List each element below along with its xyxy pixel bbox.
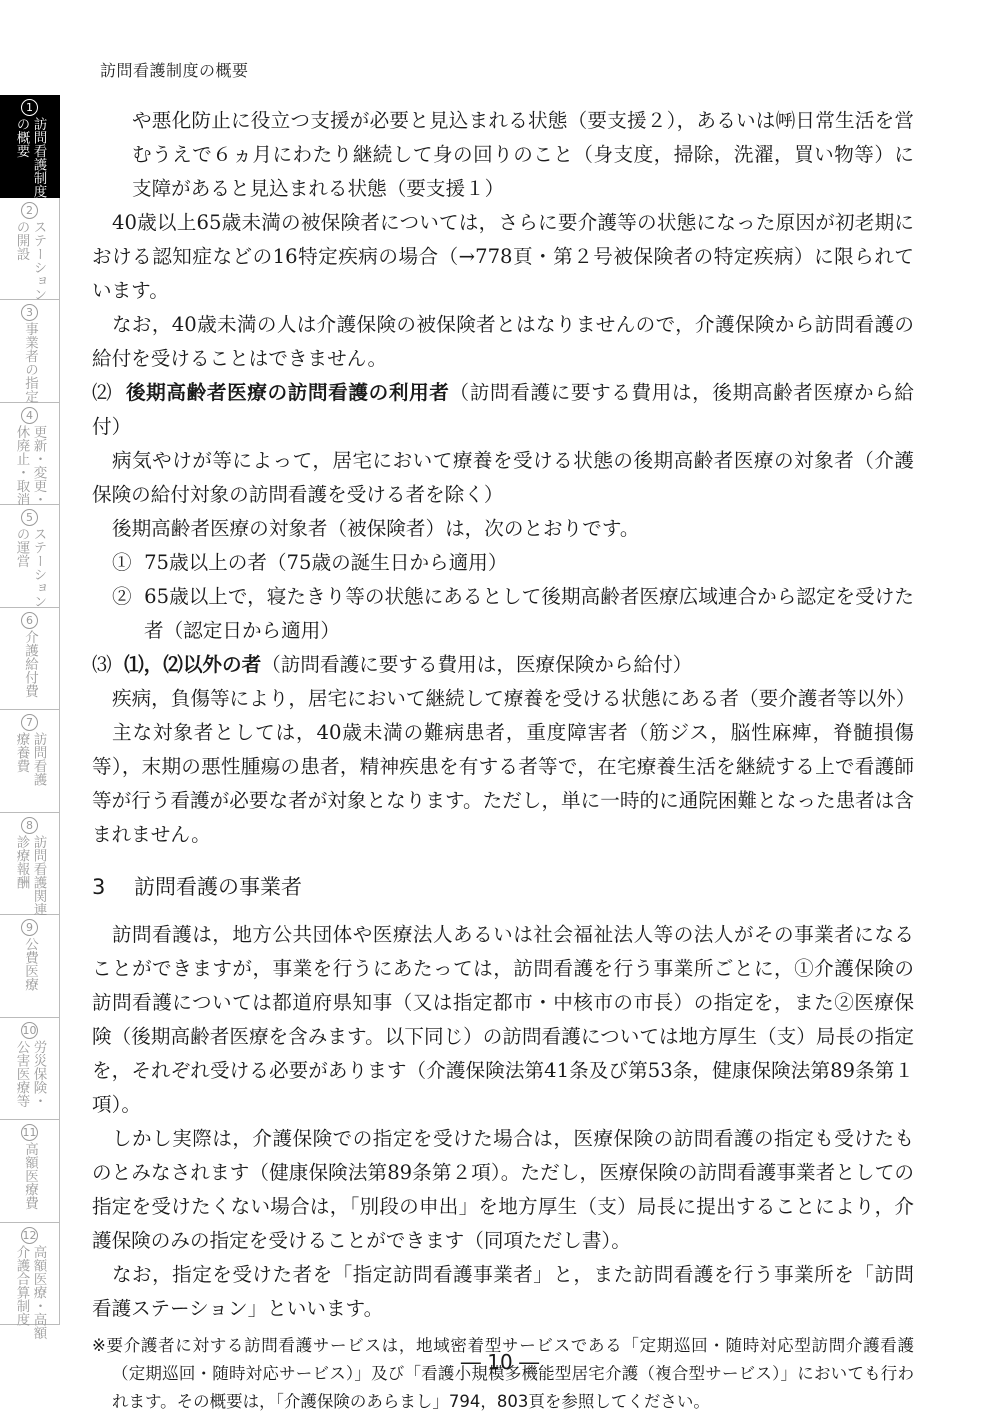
- subsection-title: ⑴，⑵以外の者: [124, 653, 261, 676]
- chapter-label: の開設: [14, 220, 29, 301]
- chapter-number: 12: [21, 1227, 38, 1244]
- chapter-label: 診療報酬: [14, 835, 29, 916]
- chapter-tab-7[interactable]: 7 訪問看護療養費: [0, 710, 60, 813]
- chapter-label: 高額医療・高額: [31, 1245, 46, 1340]
- list-marker: ②: [112, 585, 132, 608]
- chapter-label: 訪問看護関連: [31, 835, 46, 916]
- chapter-tab-5[interactable]: 5 ステーションの運営: [0, 505, 60, 608]
- chapter-tab-1[interactable]: 1 訪問看護制度の概要: [0, 95, 60, 198]
- paragraph: や悪化防止に役立つ支援が必要と見込まれる状態（要支援２），あるいは㈺日常生活を営…: [92, 104, 914, 206]
- list-text: 75歳以上の者（75歳の誕生日から適用）: [144, 551, 507, 574]
- chapter-tab-9[interactable]: 9 公費医療: [0, 915, 60, 1018]
- chapter-tab-6[interactable]: 6 介護給付費: [0, 608, 60, 711]
- chapter-tab-4[interactable]: 4 更新・変更・休廃止・取消し: [0, 403, 60, 506]
- chapter-number: 2: [21, 202, 38, 219]
- subsection-note: （訪問看護に要する費用は，医療保険から給付）: [261, 653, 692, 676]
- chapter-number: 4: [21, 407, 38, 424]
- paragraph: しかし実際は，介護保険での指定を受けた場合は，医療保険の訪問看護の指定も受けたも…: [92, 1122, 914, 1258]
- chapter-number: 1: [21, 99, 38, 116]
- page-number: ― 10 ―: [0, 1350, 1000, 1374]
- list-text: 65歳以上で，寝たきり等の状態にあるとして後期高齢者医療広域連合から認定を受けた…: [144, 585, 914, 642]
- chapter-label: 労災保険・: [31, 1040, 46, 1108]
- paragraph: 40歳以上65歳未満の被保険者については，さらに要介護等の状態になった原因が初老…: [92, 206, 914, 308]
- chapter-label: 療養費: [14, 732, 29, 786]
- chapter-tab-11[interactable]: 11 高額医療費: [0, 1120, 60, 1223]
- chapter-label: ステーション: [31, 220, 46, 301]
- paragraph: 病気やけが等によって，居宅において療養を受ける状態の後期高齢者医療の対象者（介護…: [92, 444, 914, 512]
- chapter-number: 7: [21, 714, 38, 731]
- paragraph: 訪問看護は，地方公共団体や医療法人あるいは社会福祉法人等の法人がその事業者になる…: [92, 918, 914, 1122]
- paragraph: 主な対象者としては，40歳未満の難病患者，重度障害者（筋ジス，脳性麻痺，脊髄損傷…: [92, 716, 914, 852]
- paragraph: 疾病，負傷等により，居宅において継続して療養を受ける状態にある者（要介護者等以外…: [92, 682, 914, 716]
- section-title: 訪問看護の事業者: [134, 875, 302, 899]
- subsection-heading-3: ⑶ ⑴，⑵以外の者（訪問看護に要する費用は，医療保険から給付）: [92, 648, 914, 682]
- chapter-label: の概要: [14, 117, 29, 198]
- section-number: 3: [92, 870, 134, 904]
- paragraph: なお，40歳未満の人は介護保険の被保険者とはなりませんので，介護保険から訪問看護…: [92, 308, 914, 376]
- subsection-heading-2: ⑵ 後期高齢者医療の訪問看護の利用者（訪問看護に要する費用は，後期高齢者医療から…: [92, 376, 914, 444]
- chapter-label: 介護給付費: [22, 630, 37, 698]
- chapter-number: 8: [21, 817, 38, 834]
- chapter-label: の運営: [14, 527, 29, 608]
- chapter-number: 3: [21, 304, 38, 321]
- paragraph: なお，指定を受けた者を「指定訪問看護事業者」と，また訪問看護を行う事業所を「訪問…: [92, 1258, 914, 1326]
- list-marker: ①: [112, 551, 132, 574]
- section-heading: 3訪問看護の事業者: [92, 870, 914, 904]
- chapter-index-sidebar: 1 訪問看護制度の概要 2 ステーションの開設 3 事業者の指定 4 更新・変更…: [0, 95, 60, 1325]
- chapter-number: 11: [21, 1124, 38, 1141]
- chapter-label: 介護合算制度: [14, 1245, 29, 1340]
- list-item: ② 65歳以上で，寝たきり等の状態にあるとして後期高齢者医療広域連合から認定を受…: [92, 580, 914, 648]
- list-item: ① 75歳以上の者（75歳の誕生日から適用）: [92, 546, 914, 580]
- chapter-tab-3[interactable]: 3 事業者の指定: [0, 300, 60, 403]
- page-body: や悪化防止に役立つ支援が必要と見込まれる状態（要支援２），あるいは㈺日常生活を営…: [92, 104, 914, 1412]
- paragraph: 後期高齢者医療の対象者（被保険者）は，次のとおりです。: [92, 512, 914, 546]
- chapter-number: 6: [21, 612, 38, 629]
- chapter-label: ステーション: [31, 527, 46, 608]
- chapter-label: 事業者の指定: [22, 322, 37, 403]
- chapter-label: 訪問看護制度: [31, 117, 46, 198]
- subsection-title: 後期高齢者医療の訪問看護の利用者: [126, 381, 450, 404]
- chapter-label: 訪問看護: [31, 732, 46, 786]
- chapter-number: 10: [21, 1022, 38, 1039]
- chapter-number: 9: [21, 919, 38, 936]
- chapter-label: 高額医療費: [22, 1142, 37, 1210]
- chapter-tab-10[interactable]: 10 労災保険・公害医療等: [0, 1018, 60, 1121]
- subsection-number: ⑵: [92, 381, 112, 404]
- chapter-number: 5: [21, 509, 38, 526]
- chapter-label: 公費医療: [22, 937, 37, 991]
- subsection-number: ⑶: [92, 653, 112, 676]
- chapter-label: 公害医療等: [14, 1040, 29, 1108]
- chapter-tab-2[interactable]: 2 ステーションの開設: [0, 198, 60, 301]
- chapter-tab-8[interactable]: 8 訪問看護関連診療報酬: [0, 813, 60, 916]
- chapter-tab-12[interactable]: 12 高額医療・高額介護合算制度: [0, 1223, 60, 1326]
- running-head: 訪問看護制度の概要: [100, 58, 249, 81]
